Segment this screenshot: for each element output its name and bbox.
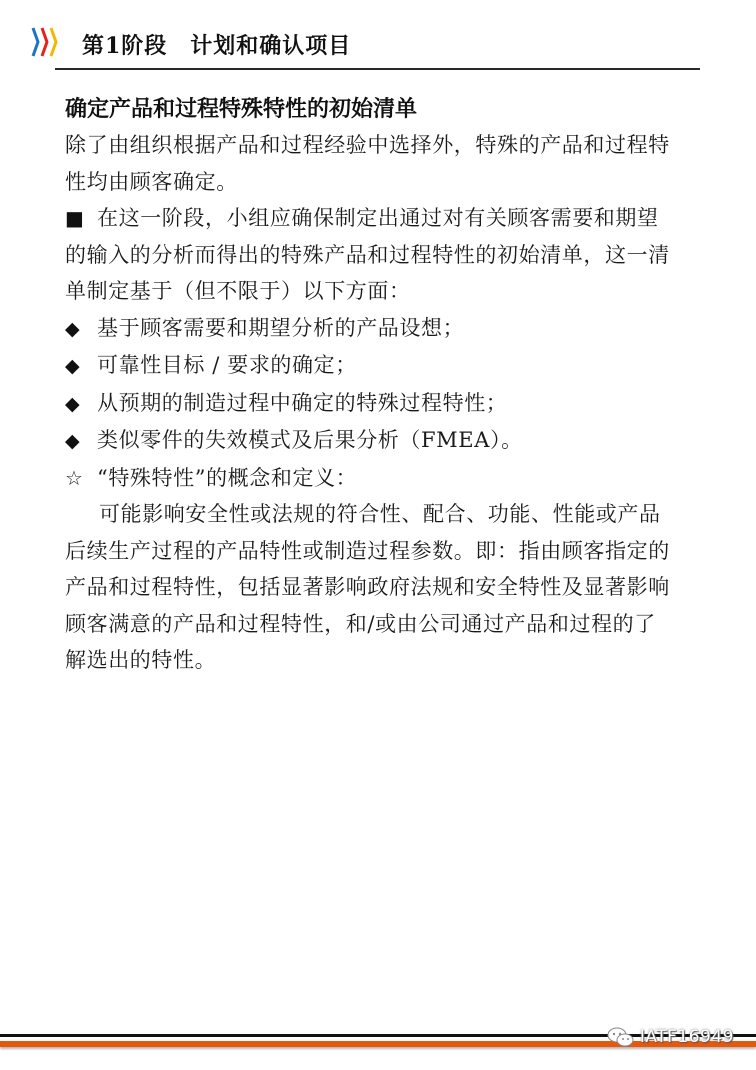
- diamond-bullet-icon: ◆: [65, 386, 97, 423]
- star-item: ☆ “特殊特性”的概念和定义：: [65, 460, 670, 497]
- list-item-text: 从预期的制造过程中确定的特殊过程特性；: [97, 385, 507, 422]
- list-item: ◆ 类似零件的失效模式及后果分析（FMEA）。: [65, 422, 670, 460]
- section-heading: 确定产品和过程特殊特性的初始清单: [65, 91, 670, 127]
- list-item-text: 类似零件的失效模式及后果分析（FMEA）。: [97, 422, 523, 459]
- watermark-text: IATF16949: [640, 1027, 734, 1047]
- square-bullet-item: ■在这一阶段，小组应确保制定出通过对有关顾客需要和期望的输入的分析而得出的特殊产…: [65, 200, 670, 310]
- list-item: ◆ 基于顾客需要和期望分析的产品设想；: [65, 310, 670, 348]
- star-icon: ☆: [65, 460, 97, 497]
- diamond-bullet-icon: ◆: [65, 311, 97, 348]
- definition-paragraph: 可能影响安全性或法规的符合性、配合、功能、性能或产品后续生产过程的产品特性或制造…: [65, 496, 670, 679]
- watermark: IATF16949: [606, 1026, 734, 1048]
- wechat-icon: [606, 1026, 636, 1048]
- square-bullet-icon: ■: [65, 200, 97, 237]
- header-divider: [55, 68, 700, 70]
- star-item-text: “特殊特性”的概念和定义：: [97, 460, 357, 497]
- page-header-title: 第1阶段 计划和确认项目: [82, 30, 351, 62]
- list-item-text: 基于顾客需要和期望分析的产品设想；: [97, 310, 464, 347]
- diamond-bullet-icon: ◆: [65, 348, 97, 385]
- intro-paragraph: 除了由组织根据产品和过程经验中选择外，特殊的产品和过程特性均由顾客确定。: [65, 127, 670, 200]
- diamond-bullet-icon: ◆: [65, 423, 97, 460]
- document-body: 确定产品和过程特殊特性的初始清单 除了由组织根据产品和过程经验中选择外，特殊的产…: [65, 91, 670, 679]
- list-item: ◆ 可靠性目标 / 要求的确定；: [65, 347, 670, 385]
- triple-chevron-icon: [31, 26, 59, 58]
- list-item-text: 可靠性目标 / 要求的确定；: [97, 347, 357, 384]
- list-item: ◆ 从预期的制造过程中确定的特殊过程特性；: [65, 385, 670, 423]
- square-bullet-text: 在这一阶段，小组应确保制定出通过对有关顾客需要和期望的输入的分析而得出的特殊产品…: [65, 206, 670, 303]
